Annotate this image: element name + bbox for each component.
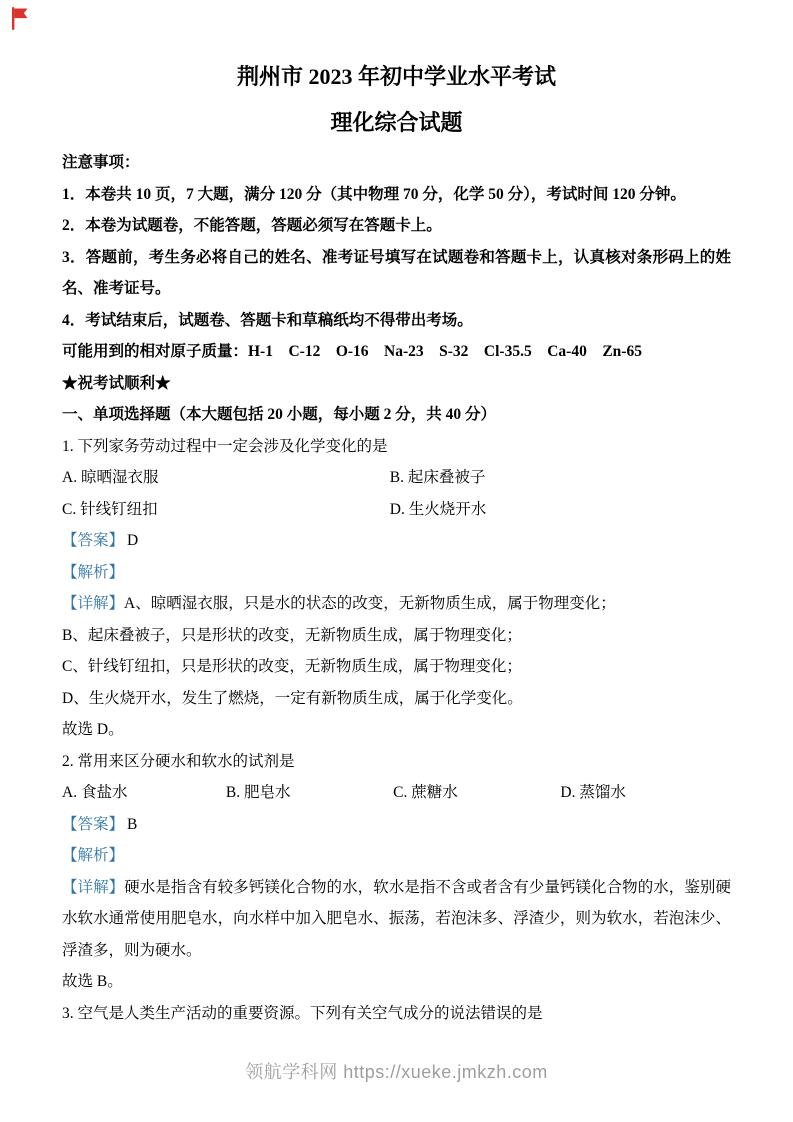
question-2-analysis-line: 【解析】: [62, 840, 731, 872]
detail-label: 【详解】: [62, 879, 124, 896]
wish-line: ★祝考试顺利★: [62, 368, 731, 400]
question-1-options-row-2: C. 针线钉纽扣 D. 生火烧开水: [62, 494, 731, 526]
notice-item-1: 1．本卷共 10 页，7 大题，满分 120 分（其中物理 70 分，化学 50…: [62, 179, 731, 211]
answer-label: 【答案】: [62, 532, 124, 549]
exam-paper-page: 荆州市 2023 年初中学业水平考试 理化综合试题 注意事项： 1．本卷共 10…: [0, 0, 793, 1122]
question-2-answer-value: B: [127, 816, 137, 833]
question-2-detail-paragraph: 【详解】硬水是指含有较多钙镁化合物的水，软水是指不含或者含有少量钙镁化合物的水，…: [62, 872, 731, 967]
detail-label: 【详解】: [62, 595, 124, 612]
question-2-options-row: A. 食盐水 B. 肥皂水 C. 蔗糖水 D. 蒸馏水: [62, 777, 731, 809]
exam-title: 荆州市 2023 年初中学业水平考试: [62, 60, 731, 94]
question-1-option-c: C. 针线钉纽扣: [62, 494, 390, 526]
question-1-detail-line-2: B、起床叠被子，只是形状的改变，无新物质生成，属于物理变化；: [62, 620, 731, 652]
atomic-mass-line: 可能用到的相对原子质量：H-1 C-12 O-16 Na-23 S-32 Cl-…: [62, 336, 731, 368]
question-1-option-b: B. 起床叠被子: [390, 462, 731, 494]
watermark: 领航学科网 https://xueke.jmkzh.com: [0, 1058, 793, 1084]
question-1-answer-value: D: [127, 532, 138, 549]
question-2-stem: 2. 常用来区分硬水和软水的试剂是: [62, 746, 731, 778]
analysis-label: 【解析】: [62, 847, 124, 864]
question-1-detail-line-1: 【详解】A、晾晒湿衣服，只是水的状态的改变，无新物质生成，属于物理变化；: [62, 588, 731, 620]
question-2-option-b: B. 肥皂水: [226, 777, 393, 809]
question-1-detail-line-4: D、生火烧开水，发生了燃烧，一定有新物质生成，属于化学变化。: [62, 683, 731, 715]
question-1-analysis-line: 【解析】: [62, 557, 731, 589]
notice-heading: 注意事项：: [62, 147, 731, 179]
red-flag-icon: [10, 6, 29, 31]
question-3-stem: 3. 空气是人类生产活动的重要资源。下列有关空气成分的说法错误的是: [62, 998, 731, 1030]
question-1-options-row-1: A. 晾晒湿衣服 B. 起床叠被子: [62, 462, 731, 494]
analysis-label: 【解析】: [62, 564, 124, 581]
notice-item-3: 3．答题前，考生务必将自己的姓名、准考证号填写在试题卷和答题卡上，认真核对条形码…: [62, 242, 731, 305]
question-2-option-c: C. 蔗糖水: [393, 777, 560, 809]
question-1-detail-line-3: C、针线钉纽扣，只是形状的改变，无新物质生成，属于物理变化；: [62, 651, 731, 683]
question-1-detail-text-1: A、晾晒湿衣服，只是水的状态的改变，无新物质生成，属于物理变化；: [124, 595, 616, 612]
answer-label: 【答案】: [62, 816, 124, 833]
section-heading: 一、单项选择题（本大题包括 20 小题，每小题 2 分，共 40 分）: [62, 399, 731, 431]
document-body: 荆州市 2023 年初中学业水平考试 理化综合试题 注意事项： 1．本卷共 10…: [0, 0, 793, 1029]
question-1-answer-line: 【答案】D: [62, 525, 731, 557]
question-2-option-a: A. 食盐水: [62, 777, 226, 809]
question-1-stem: 1. 下列家务劳动过程中一定会涉及化学变化的是: [62, 431, 731, 463]
question-1-option-d: D. 生火烧开水: [390, 494, 731, 526]
question-1-conclusion: 故选 D。: [62, 714, 731, 746]
exam-subtitle: 理化综合试题: [62, 107, 731, 139]
question-2-detail-text: 硬水是指含有较多钙镁化合物的水，软水是指不含或者含有少量钙镁化合物的水，鉴别硬水…: [62, 879, 731, 959]
notice-item-4: 4．考试结束后，试题卷、答题卡和草稿纸均不得带出考场。: [62, 305, 731, 337]
question-2-conclusion: 故选 B。: [62, 966, 731, 998]
question-1-option-a: A. 晾晒湿衣服: [62, 462, 390, 494]
question-2-answer-line: 【答案】B: [62, 809, 731, 841]
notice-item-2: 2．本卷为试题卷，不能答题，答题必须写在答题卡上。: [62, 210, 731, 242]
question-2-option-d: D. 蒸馏水: [560, 777, 731, 809]
